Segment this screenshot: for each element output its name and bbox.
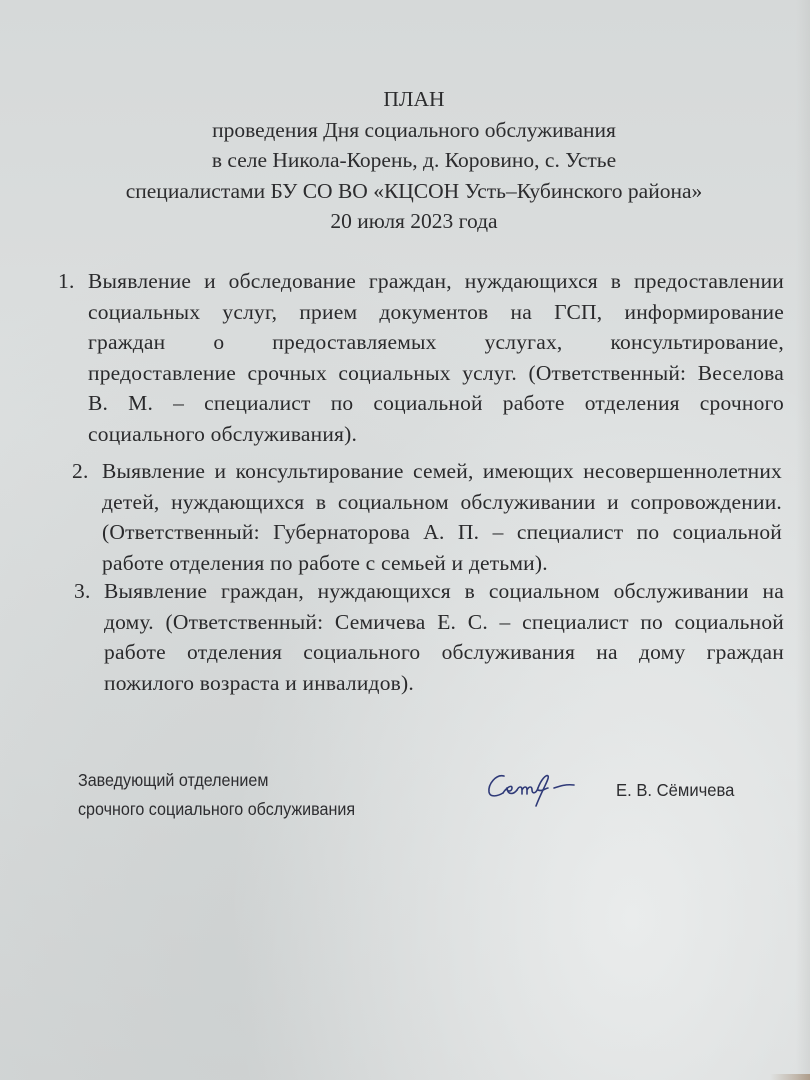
signatory-position-line-1: Заведующий отделением [78, 766, 355, 795]
item-number: 1. [58, 266, 75, 297]
item-line: Выявление граждан, нуждающихся в социаль… [104, 576, 784, 607]
item-line: пожилого возраста и инвалидов). [104, 668, 784, 699]
item-line: В. М. – специалист по социальной работе … [88, 388, 784, 419]
item-line: Выявление и обследование граждан, нуждаю… [88, 266, 784, 297]
header-date: 20 июля 2023 года [0, 206, 810, 237]
item-number: 3. [74, 576, 91, 607]
plan-item-3: 3. Выявление граждан, нуждающихся в соци… [104, 576, 784, 698]
item-line: социального обслуживания). [88, 419, 784, 450]
plan-item-1: 1. Выявление и обследование граждан, нуж… [88, 266, 784, 449]
signatory-name: Е. В. Сёмичева [616, 780, 734, 801]
item-line: Выявление и консультирование семей, имею… [102, 456, 782, 487]
handwritten-signature-icon [484, 766, 584, 816]
header-subtitle-line-2: в селе Никола-Корень, д. Коровино, с. Ус… [0, 145, 810, 176]
document-photo: { "document": { "header": { "title": "ПЛ… [0, 0, 810, 1080]
document-title: ПЛАН [0, 84, 810, 115]
signatory-position-line-2: срочного социального обслуживания [78, 795, 355, 824]
plan-item-2: 2. Выявление и консультирование семей, и… [102, 456, 782, 578]
header-subtitle-line-1: проведения Дня социального обслуживания [0, 115, 810, 146]
header-subtitle-line-3: специалистами БУ СО ВО «КЦСОН Усть–Кубин… [0, 176, 810, 207]
document-header: ПЛАН проведения Дня социального обслужив… [0, 84, 810, 237]
signatory-position: Заведующий отделением срочного социально… [78, 766, 355, 824]
item-number: 2. [72, 456, 89, 487]
signature-block: Заведующий отделением срочного социально… [78, 766, 798, 836]
item-line: граждан о предоставляемых услугах, консу… [88, 327, 784, 358]
item-line: (Ответственный: Губернаторова А. П. – сп… [102, 517, 782, 548]
item-line: социальных услуг, прием документов на ГС… [88, 297, 784, 328]
item-line: детей, нуждающихся в социальном обслужив… [102, 487, 782, 518]
item-line: дому. (Ответственный: Семичева Е. С. – с… [104, 607, 784, 638]
item-line: работе отделения по работе с семьей и де… [102, 548, 782, 579]
item-line: работе отделения социального обслуживани… [104, 637, 784, 668]
item-line: предоставление срочных социальных услуг.… [88, 358, 784, 389]
page-corner-edge [770, 1074, 810, 1080]
